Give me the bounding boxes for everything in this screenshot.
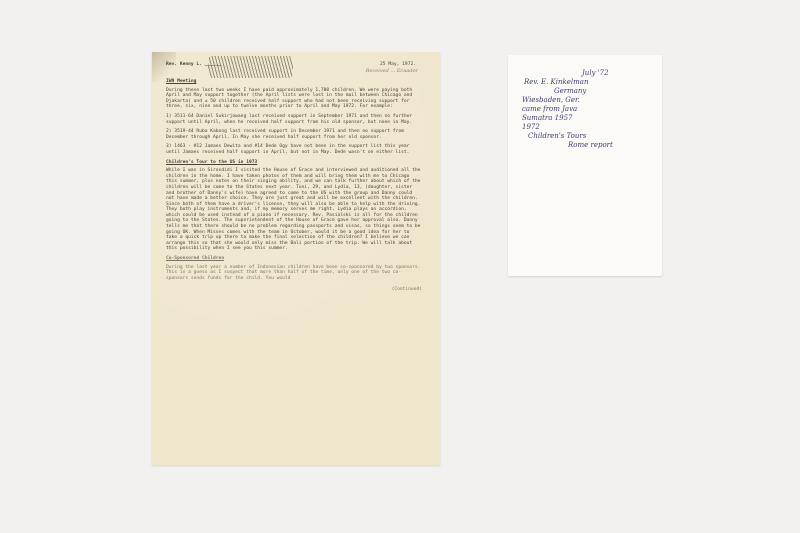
continued-marker: (Continued) xyxy=(166,287,422,293)
note-line: Germany xyxy=(520,87,652,96)
redaction-scribble xyxy=(208,56,293,78)
paragraph: During these last two weeks I have paid … xyxy=(166,88,422,110)
letter-header: Rev. Kenny L. ______ 25 May, 1972. Recei… xyxy=(166,62,422,76)
section-heading: Co-Sponsored Children xyxy=(166,256,422,262)
note-line: Rome report xyxy=(520,141,652,150)
section-heading: Children's Tour to the US in 1973 xyxy=(166,160,422,166)
paragraph: 3) 1463 - #12 Jamaes Dewita and #14 Dede… xyxy=(166,144,422,155)
note-line: July '72 xyxy=(520,69,652,78)
paragraph: While I was in Sirosdidi I visited the H… xyxy=(166,168,422,252)
note-line: Wiesbaden, Ger. xyxy=(520,96,652,105)
section-childrens-tour: Children's Tour to the US in 1973 While … xyxy=(166,160,422,253)
paragraph: 1) 3511-64 Daniel Sukirjowang last recei… xyxy=(166,114,422,125)
note-line: came from Java xyxy=(520,105,652,114)
note-line: Rev. E. Kinkelman xyxy=(520,78,652,87)
section-iwn-meeting: IWN Meeting During these last two weeks … xyxy=(166,79,422,156)
note-line: Sumatra 1957 xyxy=(520,114,652,123)
handwritten-annotation: Received ... Ecuador xyxy=(366,69,418,75)
typed-letter-page: Rev. Kenny L. ______ 25 May, 1972. Recei… xyxy=(152,52,440,465)
handwritten-note-card: July '72 Rev. E. Kinkelman Germany Wiesb… xyxy=(508,55,662,276)
section-heading: IWN Meeting xyxy=(166,79,422,85)
paragraph: 2) 3519-44 Ruba Kabong last received sup… xyxy=(166,129,422,140)
note-line: Children's Tours xyxy=(520,132,652,141)
paragraph: During the last year a number of Indones… xyxy=(166,265,422,282)
section-co-sponsored: Co-Sponsored Children During the last ye… xyxy=(166,256,422,281)
note-line: 1972 xyxy=(520,123,652,132)
letter-date: 25 May, 1972. xyxy=(380,62,416,68)
